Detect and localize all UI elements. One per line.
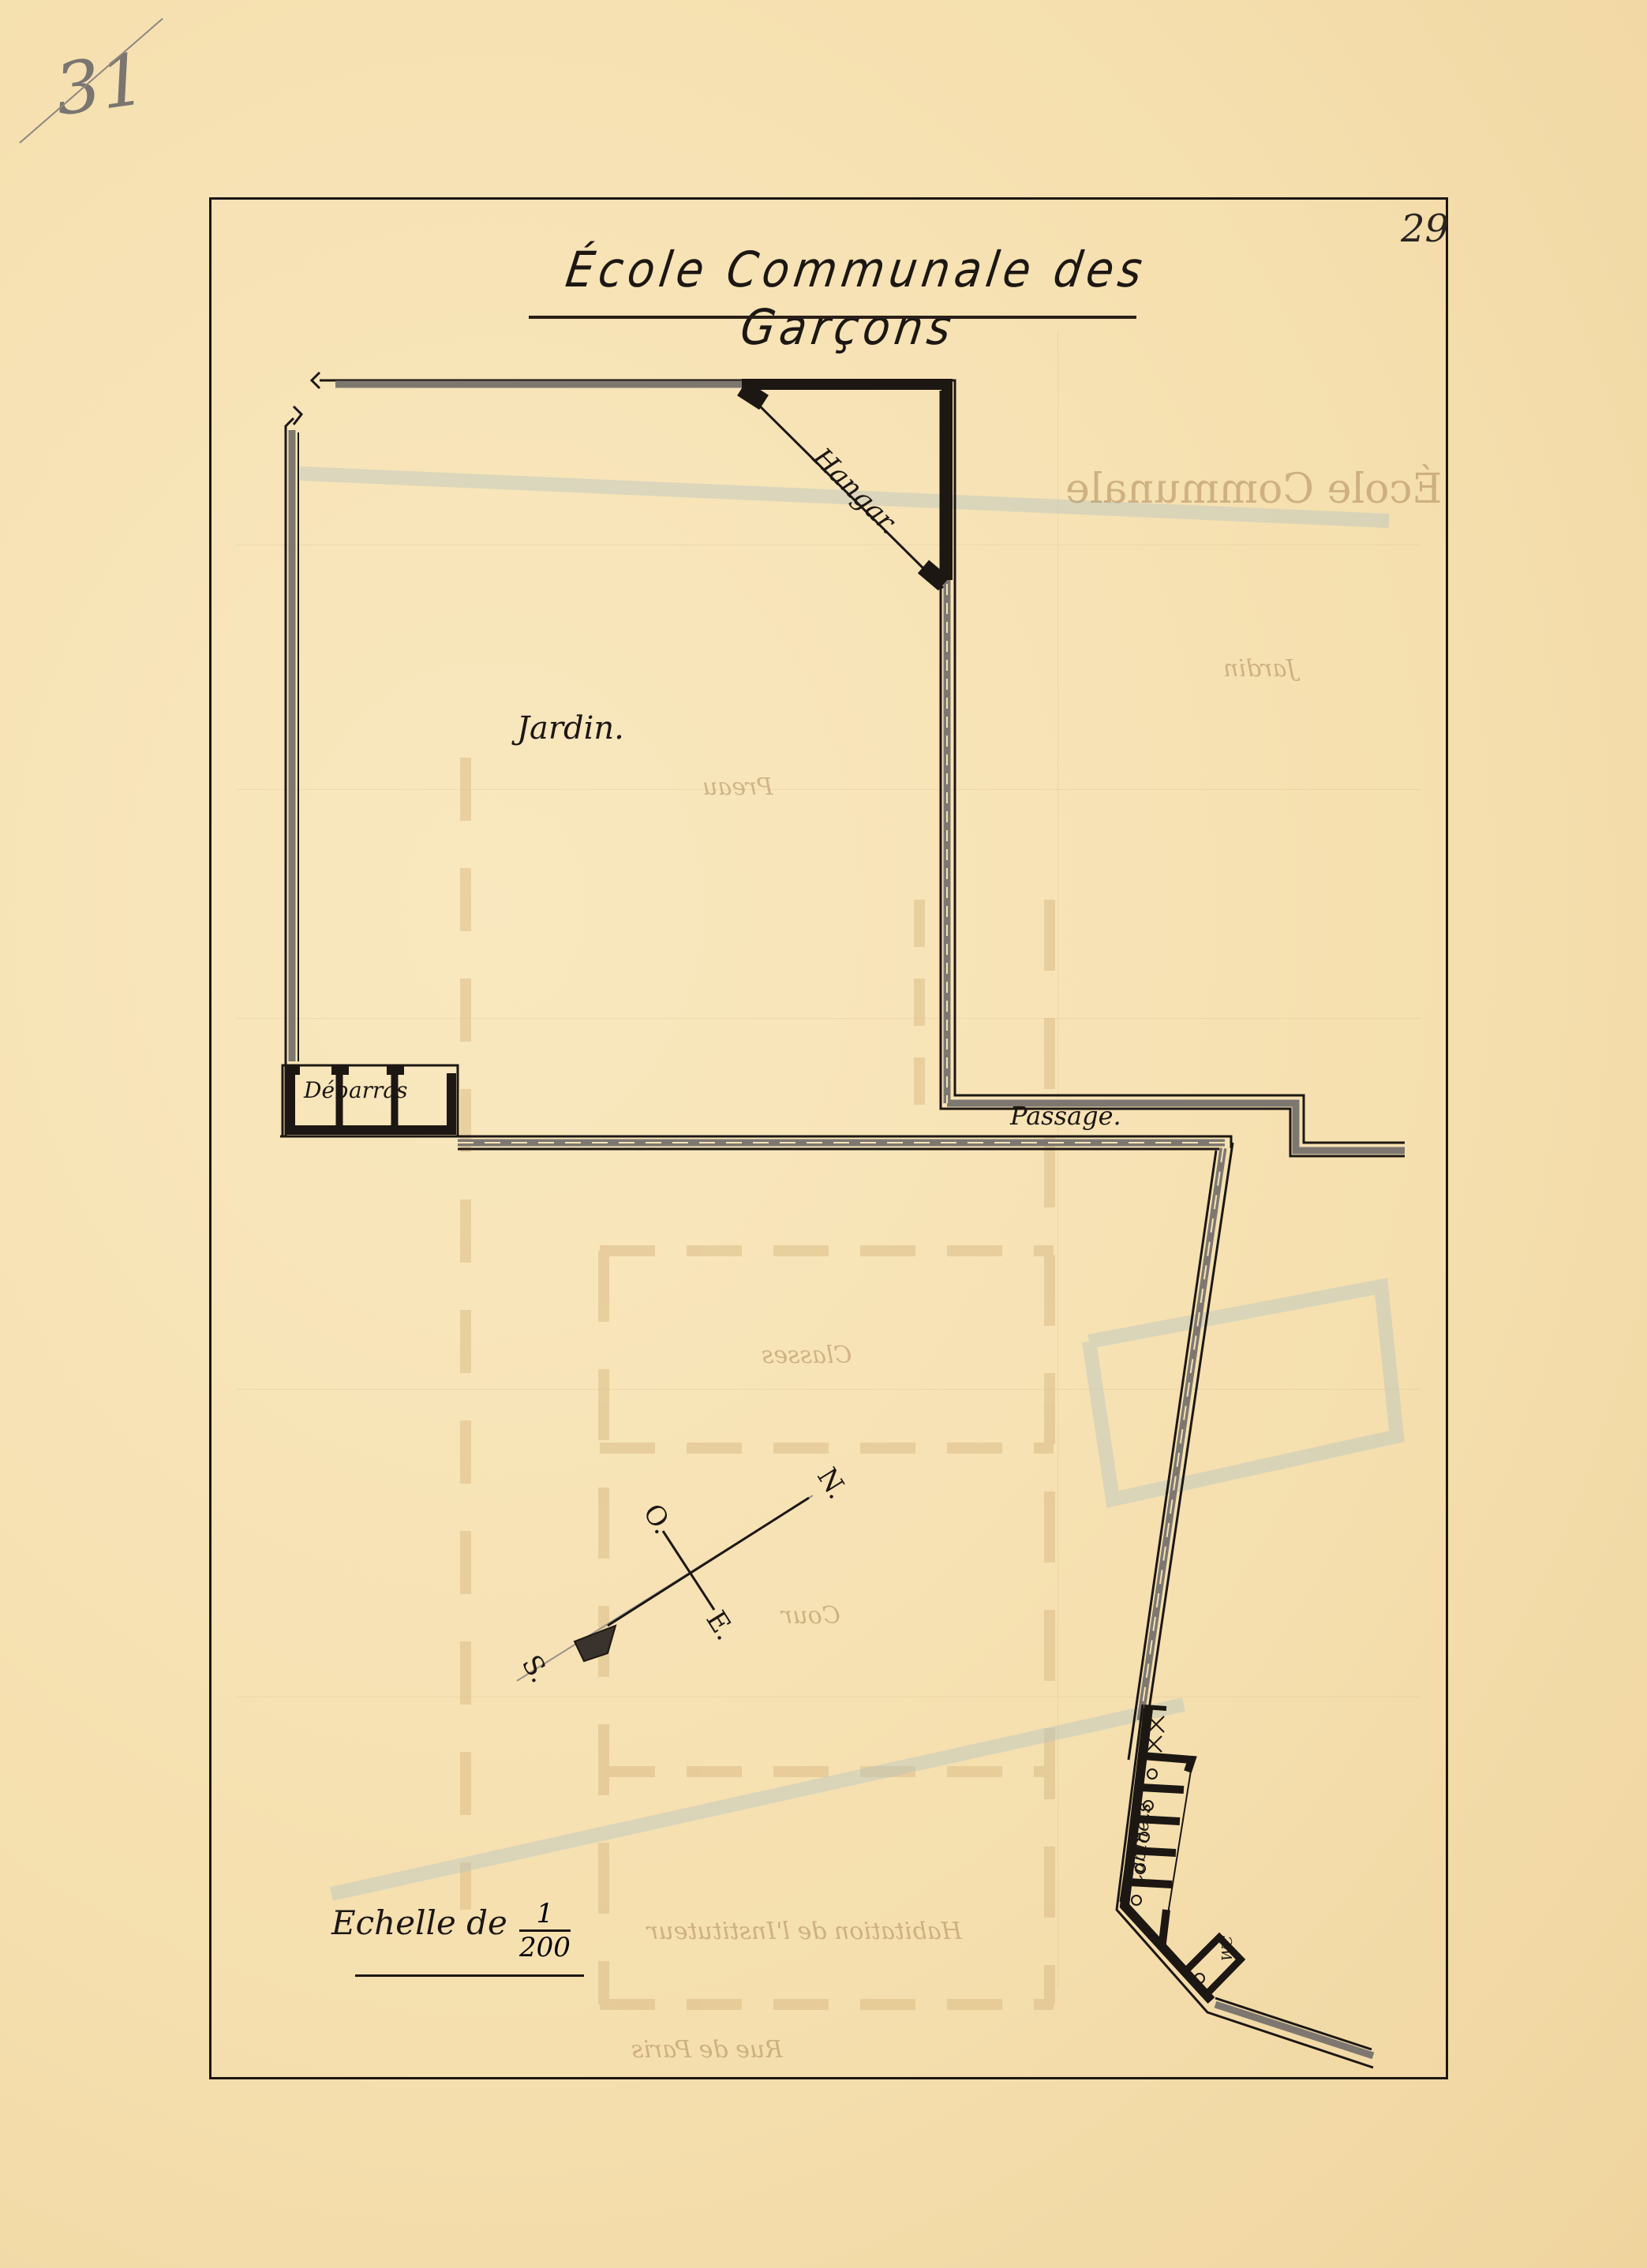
ghost-label-jardin: Jardin [1223,655,1296,683]
label-passage: Passage. [1010,1101,1121,1131]
passage-walls [280,1136,1233,1902]
scale-note: Echelle de 1 200 [331,1898,571,1963]
label-jardin: Jardin. [517,710,624,747]
ghost-label-cour: Cour [781,1602,840,1630]
ghost-label-classes: Classes [762,1342,852,1369]
cabinets-structure [1117,1705,1373,2068]
ghost-label-habitation: Habitation de l'Instituteur [647,1918,962,1945]
label-debarras: Débarras [304,1077,407,1103]
scale-underline [355,1974,584,1977]
show-through-building [466,758,1054,2004]
ghost-label-rue: Rue de Paris [631,2036,783,2064]
mirrored-title: École Communale [1065,466,1442,513]
scale-denominator: 200 [519,1932,571,1963]
ghost-label-preau: Preau [702,773,773,801]
scale-fraction: 1 200 [519,1898,571,1963]
label-wc: WC [1219,1936,1236,1961]
scale-label: Echelle de [331,1903,507,1942]
scale-numerator: 1 [519,1898,571,1932]
